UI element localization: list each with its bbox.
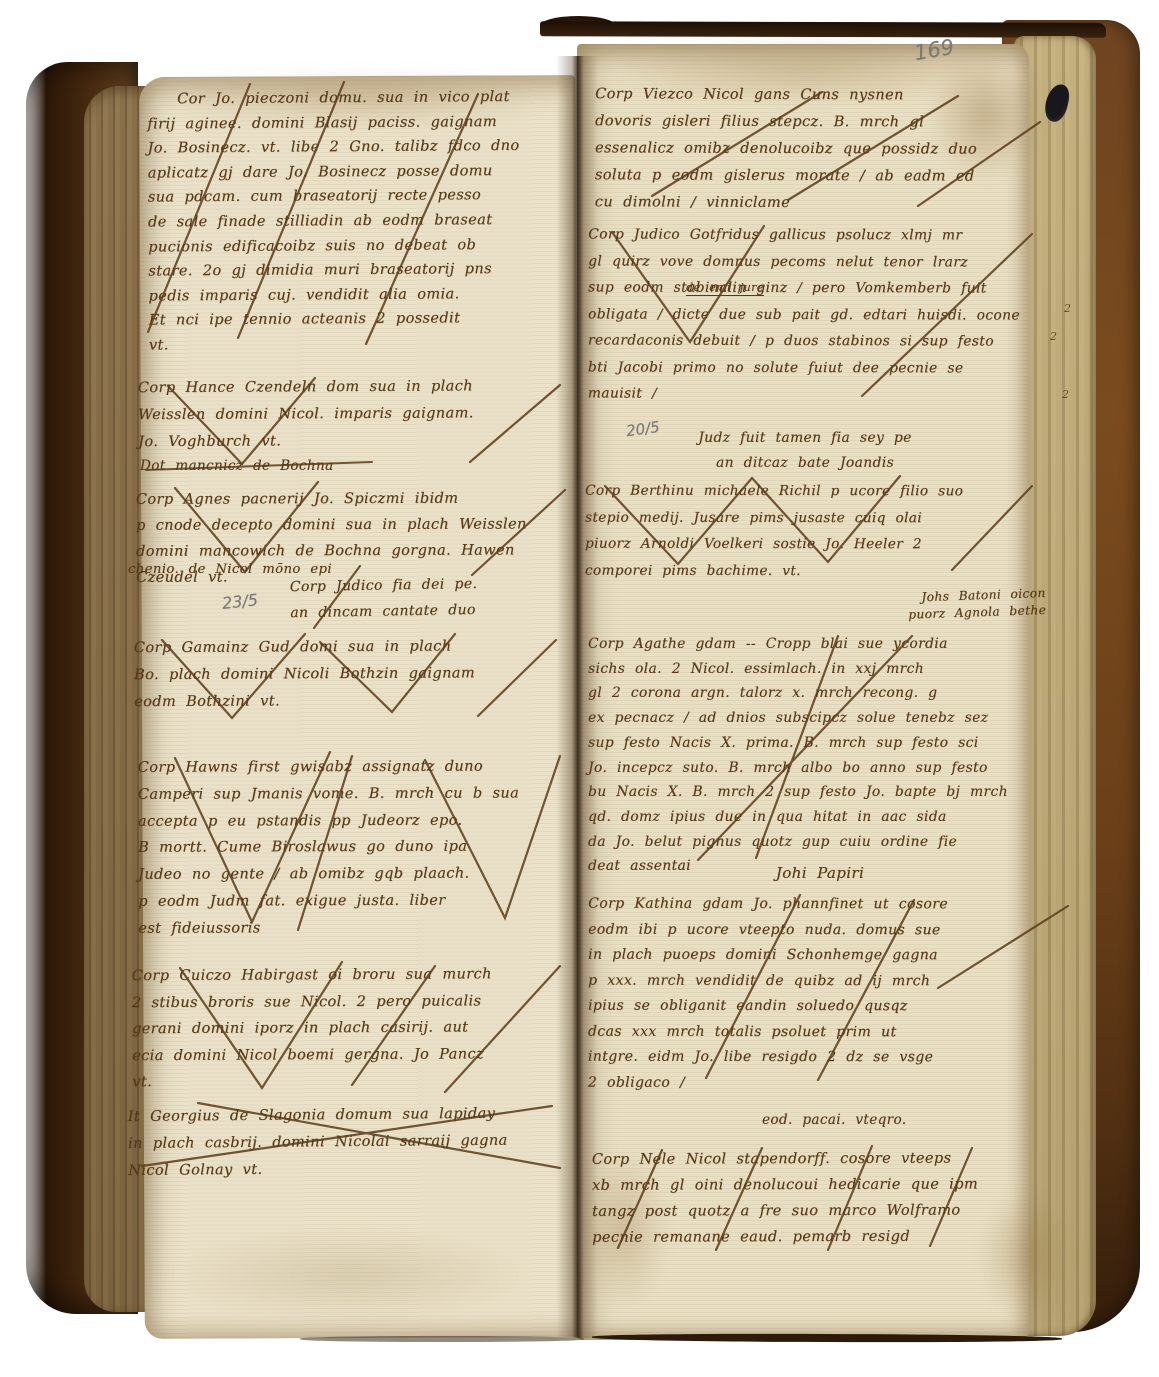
left-entry-7: Corp Cuiczo Habirgast oi broru sua murch… (132, 961, 581, 1096)
fore-edge-mark: 2 (1050, 330, 1057, 343)
stain (170, 1230, 530, 1320)
right-center-note: eod. pacai. vteqro. (762, 1112, 982, 1128)
right-entry-1: Corp Viezco Nicol gans Cuns nysnendovori… (595, 81, 1035, 218)
right-side-note: Johs Batoni oiconpuorz Agnola bethe (865, 585, 1046, 625)
manuscript-photo: Cor Jo. pieczoni domu. sua in vico platf… (0, 0, 1159, 1377)
right-entry-3: Corp Berthinu michaele Richil p ucore fi… (585, 478, 1047, 585)
left-entry-8: It Georgius de Slagonia domum sua lapida… (128, 1100, 577, 1185)
left-entry-5: Corp Gamainz Gud domi sua in plachBo. pl… (134, 633, 564, 716)
left-entry-6: Corp Hawns first gwisabz assignatz dunoC… (138, 753, 574, 942)
left-center-note: Corp Judico fia dei pe.an dincam cantate… (290, 570, 541, 626)
right-entry-2: Corp Judico Gotfridus gallicus psolucz x… (588, 221, 1046, 408)
right-entry-4: Corp Agathe gdam -- Cropp blai sue ycord… (588, 632, 1046, 879)
bottom-cover-edge (592, 1333, 1062, 1343)
right-entry-6: Corp Nele Nicol stapendorff. cosore vtee… (592, 1145, 1044, 1251)
pencil-date-note-left: 23/5 (221, 590, 259, 613)
bottom-page-shadow (300, 1336, 584, 1342)
right-heading-2: Johi Papiri (740, 864, 900, 882)
right-entry-5: Corp Kathina gdam Jo. phannfinet ut coso… (588, 892, 1040, 1097)
left-entry-2: Corp Hance Czendeln dom sua in plachWeis… (138, 373, 568, 456)
right-heading-1: Judz fuit tamen fia sey pean ditcaz bate… (660, 426, 950, 476)
fore-edge-mark: 2 (1062, 388, 1069, 401)
left-entry-3-struck-line: Dot mancnicz de Bochna (140, 458, 460, 474)
fore-edge-mark: 2 (1064, 302, 1071, 315)
interlinear-correction: de emi jure (686, 281, 764, 296)
left-entry-1: Cor Jo. pieczoni domu. sua in vico platf… (147, 85, 579, 359)
